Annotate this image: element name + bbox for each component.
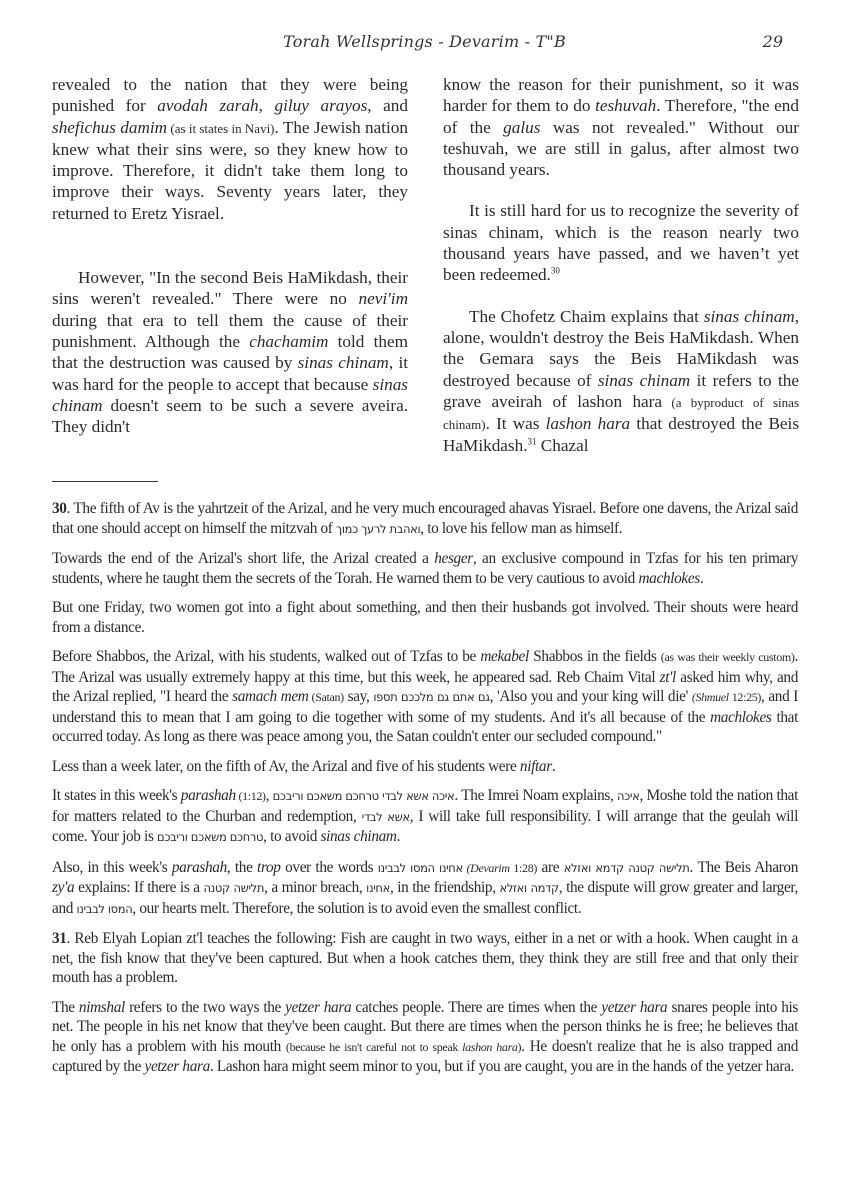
page-number: 29	[763, 32, 783, 51]
running-title: Torah Wellsprings - Devarim - T"B	[0, 32, 849, 51]
paragraph: revealed to the nation that they were be…	[52, 74, 408, 224]
footnote-paragraph: The nimshal refers to the two ways the y…	[52, 998, 798, 1077]
footnote-number: 30	[52, 500, 67, 517]
footnote-ref-31[interactable]: 31	[528, 437, 537, 447]
footnote-paragraph: Less than a week later, on the fifth of …	[52, 757, 798, 777]
footnote-paragraph: It states in this week's parashah (1:12)…	[52, 786, 798, 848]
footnote-paragraph: Towards the end of the Arizal's short li…	[52, 549, 798, 588]
right-column: know the reason for their punishment, so…	[443, 74, 799, 457]
footnote-ref-30[interactable]: 30	[551, 266, 560, 276]
footnote-number: 31	[52, 930, 67, 947]
footnote-paragraph: Also, in this week's parashah, the trop …	[52, 858, 798, 920]
main-text: revealed to the nation that they were be…	[52, 74, 798, 450]
footnotes: 30. The fifth of Av is the yahrtzeit of …	[52, 499, 798, 1087]
left-column: revealed to the nation that they were be…	[52, 74, 408, 437]
footnote-31: 31. Reb Elyah Lopian zt'l teaches the fo…	[52, 929, 798, 988]
paragraph: The Chofetz Chaim explains that sinas ch…	[443, 306, 799, 457]
paragraph: know the reason for their punishment, so…	[443, 74, 799, 180]
paragraph: It is still hard for us to recognize the…	[443, 200, 799, 285]
footnote-divider	[52, 481, 158, 482]
footnote-30: 30. The fifth of Av is the yahrtzeit of …	[52, 499, 798, 539]
footnote-paragraph: But one Friday, two women got into a fig…	[52, 598, 798, 637]
footnote-paragraph: Before Shabbos, the Arizal, with his stu…	[52, 647, 798, 747]
paragraph: However, "In the second Beis HaMikdash, …	[52, 267, 408, 437]
page-header: Torah Wellsprings - Devarim - T"B 29	[0, 28, 849, 58]
